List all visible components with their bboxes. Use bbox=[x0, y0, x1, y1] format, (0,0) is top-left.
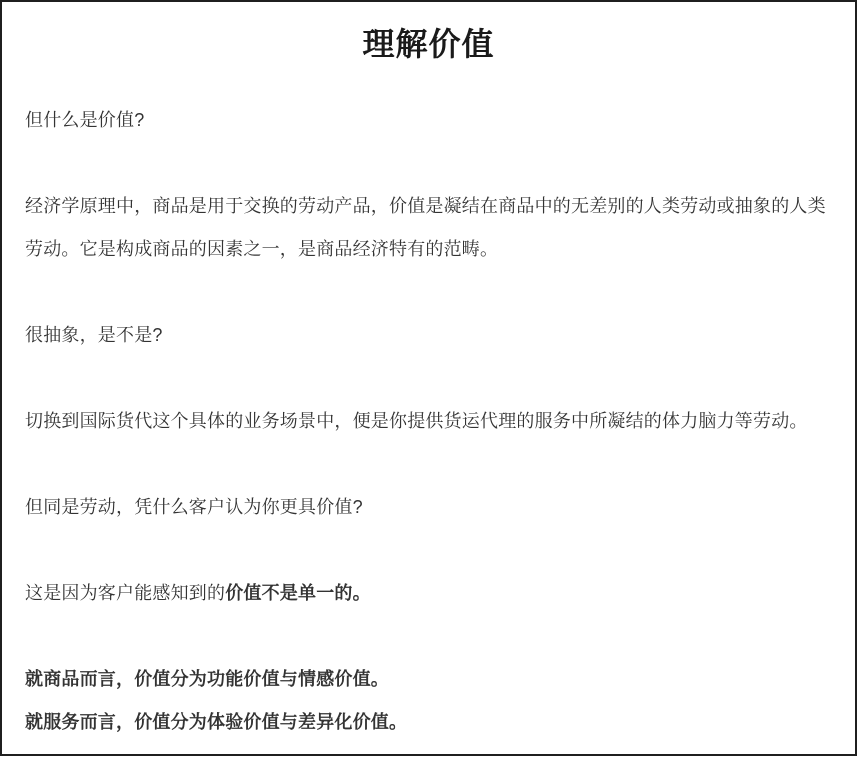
perceived-value-prefix-text: 这是因为客户能感知到的 bbox=[25, 583, 225, 603]
paragraph-perceived-value: 这是因为客户能感知到的价值不是单一的。 bbox=[25, 572, 832, 615]
paragraph-abstract-question: 很抽象，是不是? bbox=[25, 314, 832, 357]
paragraph-same-labor-question: 但同是劳动，凭什么客户认为你更具价值? bbox=[25, 486, 832, 529]
service-value-bold-text: 就服务而言，价值分为体验价值与差异化价值。 bbox=[25, 712, 407, 732]
paragraph-what-is-value-question: 但什么是价值? bbox=[25, 99, 832, 142]
article-page: 理解价值 但什么是价值? 经济学原理中，商品是用于交换的劳动产品，价值是凝结在商… bbox=[0, 0, 857, 756]
paragraph-service-value-types: 就服务而言，价值分为体验价值与差异化价值。 bbox=[25, 701, 832, 744]
paragraph-freight-forwarding-context: 切换到国际货代这个具体的业务场景中，便是你提供货运代理的服务中所凝结的体力脑力等… bbox=[25, 400, 832, 443]
paragraph-goods-value-types: 就商品而言，价值分为功能价值与情感价值。 bbox=[25, 658, 832, 701]
goods-value-bold-text: 就商品而言，价值分为功能价值与情感价值。 bbox=[25, 669, 389, 689]
page-title: 理解价值 bbox=[25, 22, 832, 66]
value-not-single-bold-text: 价值不是单一的。 bbox=[225, 583, 371, 603]
paragraph-economics-definition: 经济学原理中，商品是用于交换的劳动产品，价值是凝结在商品中的无差别的人类劳动或抽… bbox=[25, 185, 832, 271]
